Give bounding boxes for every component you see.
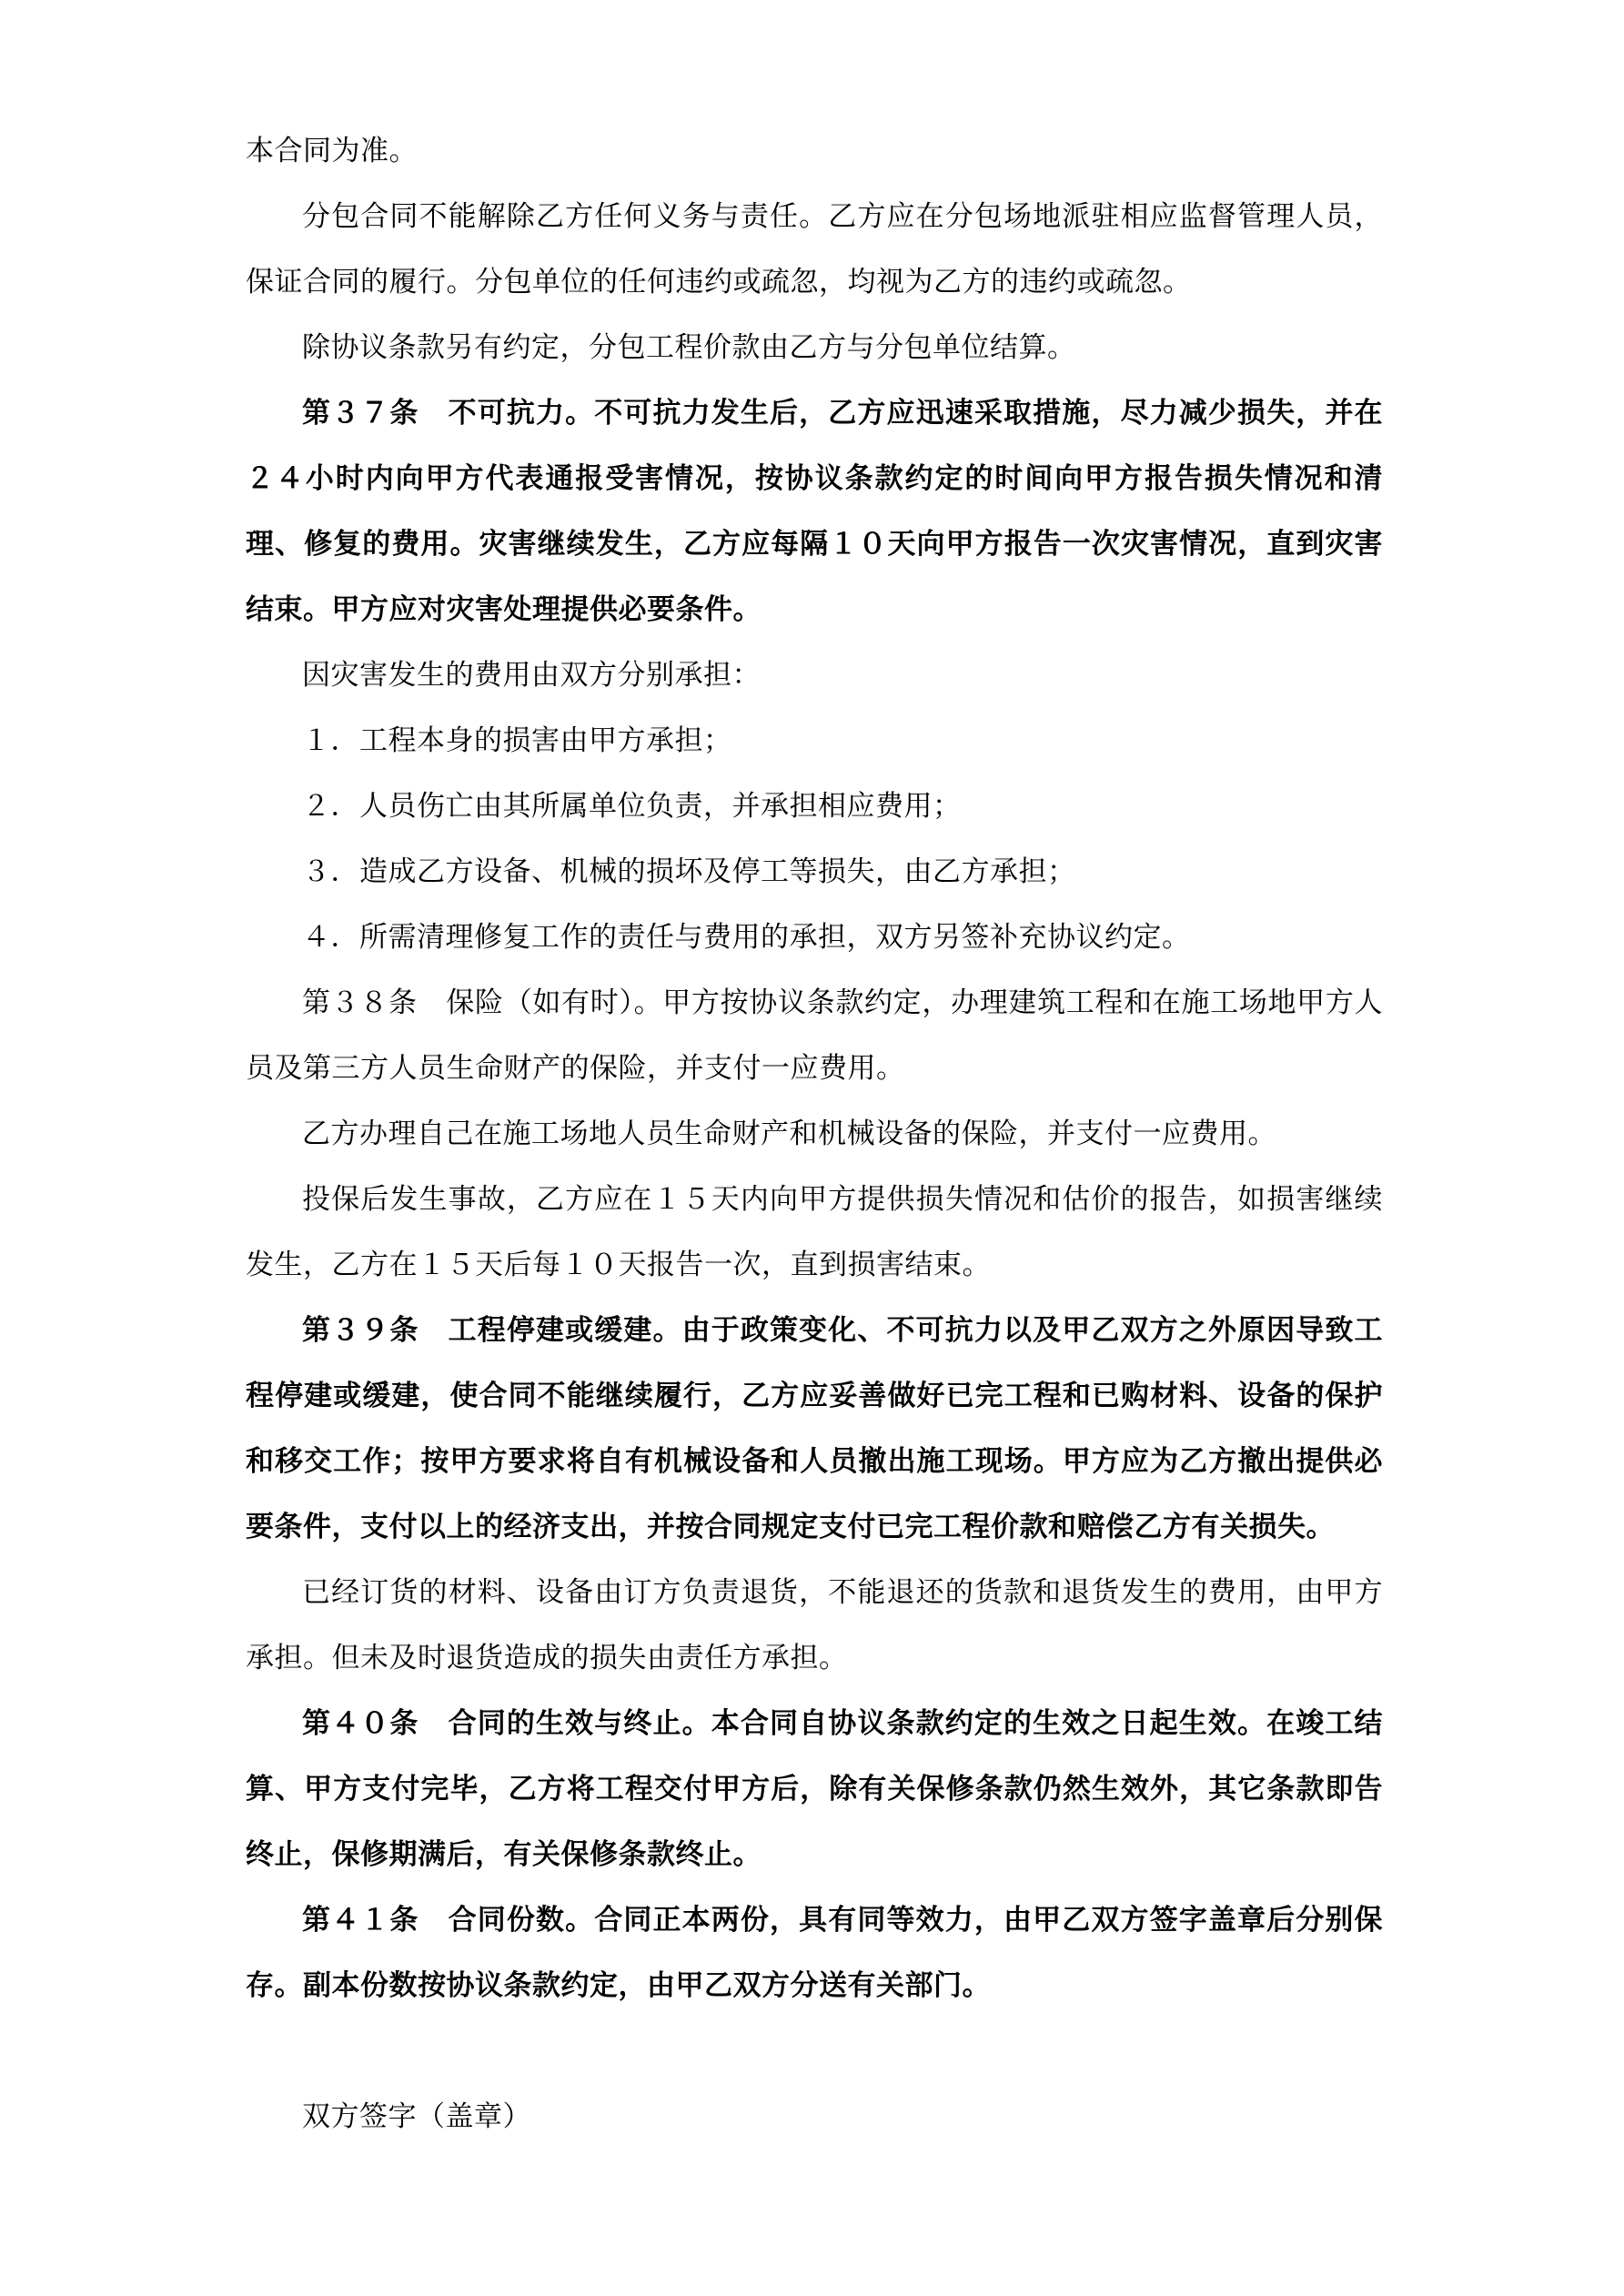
contract-paragraph: 已经订货的材料、设备由订方负责退货，不能退还的货款和退货发生的费用，由甲方承担。… — [246, 1560, 1383, 1691]
contract-paragraph: 本合同为准。 — [246, 118, 1383, 184]
document-page: 本合同为准。分包合同不能解除乙方任何义务与责任。乙方应在分包场地派驻相应监督管理… — [0, 0, 1624, 2296]
contract-paragraph: 因灾害发生的费用由双方分别承担： — [246, 642, 1383, 708]
contract-paragraph: 第３８条 保险（如有时）。甲方按协议条款约定，办理建筑工程和在施工场地甲方人员及… — [246, 970, 1383, 1101]
contract-paragraph: １．工程本身的损害由甲方承担； — [246, 708, 1383, 774]
contract-paragraph: 除协议条款另有约定，分包工程价款由乙方与分包单位结算。 — [246, 315, 1383, 380]
document-body: 本合同为准。分包合同不能解除乙方任何义务与责任。乙方应在分包场地派驻相应监督管理… — [246, 118, 1383, 2149]
blank-line — [246, 2018, 1383, 2084]
contract-paragraph: 双方签字（盖章） — [246, 2084, 1383, 2149]
contract-paragraph: 第４１条 合同份数。合同正本两份，具有同等效力，由甲乙双方签字盖章后分别保存。副… — [246, 1887, 1383, 2018]
contract-paragraph: ３．造成乙方设备、机械的损坏及停工等损失，由乙方承担； — [246, 839, 1383, 905]
contract-paragraph: ４．所需清理修复工作的责任与费用的承担，双方另签补充协议约定。 — [246, 905, 1383, 970]
contract-paragraph: ２．人员伤亡由其所属单位负责，并承担相应费用； — [246, 774, 1383, 839]
contract-paragraph: 第３７条 不可抗力。不可抗力发生后，乙方应迅速采取措施，尽力减少损失，并在２４小… — [246, 380, 1383, 642]
contract-paragraph: 分包合同不能解除乙方任何义务与责任。乙方应在分包场地派驻相应监督管理人员，保证合… — [246, 184, 1383, 315]
contract-paragraph: 第４０条 合同的生效与终止。本合同自协议条款约定的生效之日起生效。在竣工结算、甲… — [246, 1691, 1383, 1887]
contract-paragraph: 乙方办理自己在施工场地人员生命财产和机械设备的保险，并支付一应费用。 — [246, 1101, 1383, 1167]
contract-paragraph: 第３９条 工程停建或缓建。由于政策变化、不可抗力以及甲乙双方之外原因导致工程停建… — [246, 1298, 1383, 1560]
contract-paragraph: 投保后发生事故，乙方应在１５天内向甲方提供损失情况和估价的报告，如损害继续发生，… — [246, 1167, 1383, 1298]
